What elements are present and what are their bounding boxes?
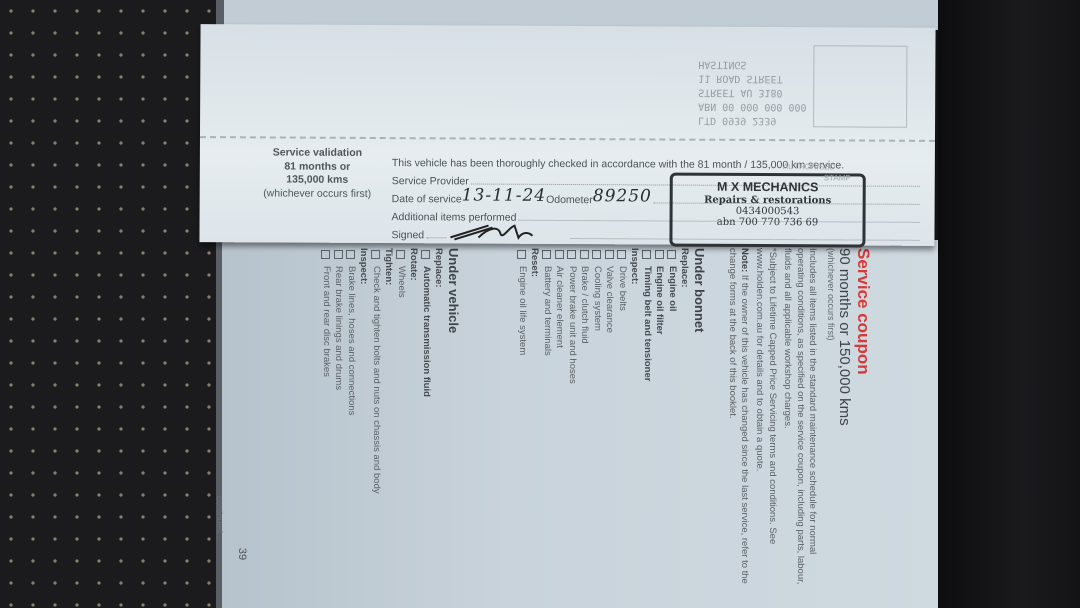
- validation-note: (whichever occurs first): [230, 187, 405, 201]
- signed-label: Signed: [391, 229, 424, 241]
- checklist-item: Engine oil filter: [653, 248, 666, 578]
- stamp-label: STAMP: [824, 173, 851, 182]
- coupon-paragraph-3: Note: If the owner of this vehicle has c…: [725, 248, 750, 588]
- checkbox-icon[interactable]: [396, 250, 405, 259]
- checklist-item: Automatic transmission fluid: [420, 248, 433, 578]
- checklist-group-label: Replace:: [678, 248, 691, 578]
- authorised-label: AUTHORISED: [783, 162, 835, 171]
- checklist-item-label: Drive belts: [616, 266, 629, 311]
- date-value[interactable]: 13-11-24: [462, 185, 546, 205]
- checklist-item: Battery and terminals: [541, 248, 554, 578]
- form-intro: This vehicle has been thoroughly checked…: [392, 151, 922, 172]
- checkbox-icon[interactable]: [605, 250, 614, 259]
- checklist-item-label: Front and rear disc brakes: [320, 266, 333, 377]
- checklist-item: Timing belt and tensioner: [641, 248, 654, 578]
- seat-shadow: [938, 0, 1080, 608]
- checklist-item: Valve clearance: [603, 248, 616, 578]
- signature-icon: [448, 221, 568, 242]
- checklist-group-label: Replace:: [432, 248, 445, 578]
- checkbox-icon[interactable]: [555, 250, 564, 259]
- checklist-item-label: Timing belt and tensioner: [641, 266, 654, 381]
- validation-kms: 135,000 kms: [230, 173, 405, 187]
- service-provider-label: Service Provider: [392, 175, 469, 187]
- checklist-item: Check and tighten bolts and nuts on chas…: [370, 248, 383, 578]
- checklist-item-label: Cooling system: [591, 266, 604, 331]
- note-label: Note:: [739, 248, 750, 272]
- checklist-item-label: Engine oil life system: [516, 266, 529, 355]
- checkbox-icon[interactable]: [655, 250, 664, 259]
- dealer-stamp-lines: LTD 0939 2339 ABN 00 000 000 000 STREET …: [698, 57, 807, 128]
- checkbox-icon[interactable]: [642, 250, 651, 259]
- checkbox-icon[interactable]: [517, 250, 526, 259]
- note-text: If the owner of this vehicle has changed…: [727, 248, 750, 584]
- checklist-group-label: Inspect:: [628, 248, 641, 578]
- checkbox-icon[interactable]: [617, 250, 626, 259]
- checklist-item-label: Automatic transmission fluid: [420, 266, 433, 397]
- odometer-label: Odometer: [546, 194, 593, 206]
- checklist-item: Brake / clutch fluid: [578, 248, 591, 578]
- validation-months: 81 months or: [230, 160, 405, 174]
- checklist-item-label: Engine oil: [666, 266, 679, 311]
- perforation-line: [200, 136, 935, 142]
- checklist-item: Rear brake linings and drums: [332, 248, 345, 578]
- checklist-item-label: Brake / clutch fluid: [578, 266, 591, 344]
- checklist-group-label: Tighten:: [382, 248, 395, 578]
- checkbox-icon[interactable]: [580, 250, 589, 259]
- service-validation-coupon: LTD 0939 2339 ABN 00 000 000 000 STREET …: [199, 24, 935, 246]
- continued-label: continued...: [215, 496, 225, 540]
- checklist-item-label: Brake lines, hoses and connections: [345, 266, 358, 415]
- checklist-item-label: Air cleaner element: [553, 266, 566, 348]
- checklist-item: Air cleaner element: [553, 248, 566, 578]
- checkbox-icon[interactable]: [346, 250, 355, 259]
- checklist-item-label: Engine oil filter: [653, 266, 666, 335]
- validation-block: Service validation 81 months or 135,000 …: [230, 146, 405, 201]
- checklist-group-label: Inspect:: [357, 248, 370, 578]
- checkbox-icon[interactable]: [371, 250, 380, 259]
- checklist-group-label: Reset:: [528, 248, 541, 578]
- checklist-item: Brake lines, hoses and connections: [345, 248, 358, 578]
- coupon-paragraph-2: *Subject to Lifetime Capped Price Servic…: [753, 248, 778, 588]
- under-bonnet-section: Under bonnetReplace:Engine oilEngine oil…: [516, 248, 706, 578]
- date-label: Date of service: [392, 193, 462, 205]
- seat-upholstery: [0, 0, 225, 608]
- checklist-item-label: Check and tighten bolts and nuts on chas…: [370, 266, 383, 494]
- checkbox-icon[interactable]: [667, 250, 676, 259]
- coupon-paragraph-1: Includes all items listed in the standar…: [781, 248, 818, 588]
- section-title: Under vehicle: [447, 248, 460, 578]
- booklet-page: Service coupon 90 months or 150,000 kms …: [222, 240, 938, 608]
- dealer-stamp-faded: LTD 0939 2339 ABN 00 000 000 000 STREET …: [698, 41, 908, 134]
- checkbox-icon[interactable]: [334, 250, 343, 259]
- page-number: 39: [236, 548, 248, 560]
- checklist-item: Front and rear disc brakes: [320, 248, 333, 578]
- checklist-item-label: Power brake unit and hoses: [566, 266, 579, 384]
- checklist-item: Wheels: [395, 248, 408, 578]
- checklist-item: Drive belts: [616, 248, 629, 578]
- rotated-page-content: Service coupon 90 months or 150,000 kms …: [223, 248, 873, 588]
- coupon-note: (whichever occurs first): [826, 248, 836, 588]
- checkbox-icon[interactable]: [542, 250, 551, 259]
- coupon-interval: 90 months or 150,000 kms: [836, 248, 853, 588]
- checkbox-icon[interactable]: [592, 250, 601, 259]
- workshop-abn: abn 700 770 736 69: [673, 217, 863, 229]
- dealer-logo-icon: [813, 45, 907, 127]
- checklist-group-label: Rotate:: [407, 248, 420, 578]
- checklist-item: Engine oil life system: [516, 248, 529, 578]
- section-title: Under bonnet: [693, 248, 706, 578]
- checklist-item-label: Valve clearance: [603, 266, 616, 333]
- workshop-stamp: AUTHORISED STAMP M X MECHANICS Repairs &…: [669, 173, 865, 248]
- checklist-item: Engine oil: [666, 248, 679, 578]
- checkbox-icon[interactable]: [421, 250, 430, 259]
- under-vehicle-section: Under vehicleReplace:Automatic transmiss…: [320, 248, 460, 578]
- checkbox-icon[interactable]: [321, 250, 330, 259]
- validation-title: Service validation: [230, 146, 405, 160]
- checklist-item-label: Battery and terminals: [541, 266, 554, 356]
- checkbox-icon[interactable]: [567, 250, 576, 259]
- checklist-item-label: Wheels: [395, 266, 408, 298]
- checklist-item: Cooling system: [591, 248, 604, 578]
- checklist-item: Power brake unit and hoses: [566, 248, 579, 578]
- odometer-value[interactable]: 89250: [593, 186, 652, 206]
- coupon-title: Service coupon: [853, 248, 873, 588]
- checklist-item-label: Rear brake linings and drums: [332, 266, 345, 390]
